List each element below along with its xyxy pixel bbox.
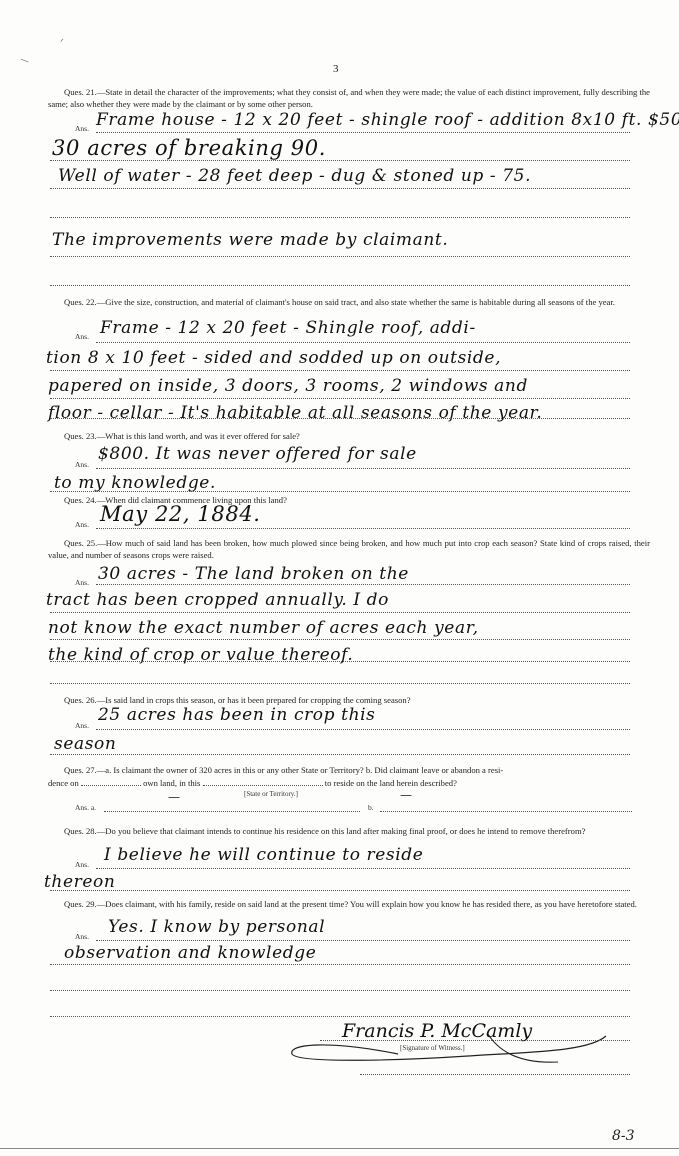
answer-rule	[50, 398, 630, 399]
state-caption: [State or Territory.]	[244, 790, 298, 798]
answer-rule	[50, 418, 630, 419]
answer-rule	[96, 342, 630, 343]
answer-a-label: Ans. a.	[75, 803, 96, 812]
signature-caption: [Signature of Witness.]	[400, 1044, 465, 1052]
question-29-text: Ques. 29.—Does claimant, with his family…	[64, 899, 637, 909]
bottom-edge	[0, 1148, 679, 1149]
answer-21-line-1: Frame house - 12 x 20 feet - shingle roo…	[96, 110, 679, 130]
answer-rule	[50, 256, 630, 257]
answer-rule	[96, 132, 630, 133]
corner-mark: ᐟ	[60, 38, 64, 48]
answer-25-line-4: the kind of crop or value thereof.	[48, 645, 353, 665]
question-25-text: Ques. 25.—How much of said land has been…	[48, 538, 650, 560]
footer-code: 8-3	[612, 1128, 635, 1144]
question-21: Ques. 21.—State in detail the character …	[48, 86, 650, 110]
blank-own-land	[81, 785, 141, 786]
answer-21-line-3: Well of water - 28 feet deep - dug & sto…	[58, 166, 531, 186]
answer-rule	[50, 639, 630, 640]
document-page: ᐟ — 3 Ques. 21.—State in detail the char…	[0, 0, 679, 1156]
answer-rule	[104, 811, 360, 812]
answer-21-line-5: The improvements were made by claimant.	[52, 230, 448, 250]
question-27-cont: dence on own land, in this to reside on …	[48, 777, 650, 789]
answer-26-line-1: 25 acres has been in crop this	[98, 705, 375, 725]
answer-rule	[96, 729, 630, 730]
answer-label: Ans.	[75, 932, 89, 941]
stray-mark: —	[19, 55, 31, 67]
question-27-text: Ques. 27.—a. Is claimant the owner of 32…	[64, 765, 503, 775]
answer-rule	[50, 661, 630, 662]
answer-28-line-2: thereon	[44, 872, 115, 892]
answer-22-line-2: tion 8 x 10 feet - sided and sodded up o…	[46, 348, 501, 368]
answer-23-line-1: $800. It was never offered for sale	[98, 444, 417, 464]
answer-rule	[50, 990, 630, 991]
answer-28-line-1: I believe he will continue to reside	[104, 845, 423, 865]
answer-24-line-1: May 22, 1884.	[100, 502, 261, 526]
answer-rule	[50, 160, 630, 161]
signature-rule-2	[360, 1074, 630, 1075]
answer-22-line-3: papered on inside, 3 doors, 3 rooms, 2 w…	[48, 376, 528, 396]
answer-rule	[50, 370, 630, 371]
answer-b-label: b.	[368, 803, 374, 812]
answer-rule	[50, 188, 630, 189]
answer-rule	[50, 754, 630, 755]
question-25: Ques. 25.—How much of said land has been…	[48, 537, 650, 561]
question-23-text: Ques. 23.—What is this land worth, and w…	[64, 431, 300, 441]
answer-rule	[96, 940, 630, 941]
answer-label: Ans.	[75, 721, 89, 730]
answer-rule	[50, 217, 630, 218]
answer-label: Ans.	[75, 860, 89, 869]
answer-rule	[50, 683, 630, 684]
answer-rule	[50, 491, 630, 492]
answer-29-line-1: Yes. I know by personal	[108, 917, 325, 937]
answer-rule	[96, 584, 630, 585]
answer-label: Ans.	[75, 460, 89, 469]
question-22-text: Ques. 22.—Give the size, construction, a…	[64, 297, 615, 307]
answer-rule	[96, 468, 630, 469]
question-23: Ques. 23.—What is this land worth, and w…	[48, 430, 650, 442]
answer-22-line-4: floor - cellar - It's habitable at all s…	[48, 403, 542, 423]
answer-27a: —	[168, 790, 181, 804]
answer-rule	[96, 868, 630, 869]
question-22: Ques. 22.—Give the size, construction, a…	[48, 296, 650, 308]
answer-22-line-1: Frame - 12 x 20 feet - Shingle roof, add…	[100, 318, 476, 338]
answer-rule	[50, 612, 630, 613]
answer-21-line-2: 30 acres of breaking 90.	[52, 136, 632, 160]
answer-27b: —	[400, 788, 413, 802]
question-28: Ques. 28.—Do you believe that claimant i…	[48, 825, 650, 837]
page-number: 3	[333, 63, 339, 75]
answer-25-line-1: 30 acres - The land broken on the	[98, 564, 409, 584]
answer-26-line-2: season	[54, 734, 116, 754]
answer-rule	[50, 1016, 630, 1017]
question-27: Ques. 27.—a. Is claimant the owner of 32…	[48, 764, 650, 776]
answer-29-line-2: observation and knowledge	[64, 943, 316, 963]
question-21-text: Ques. 21.—State in detail the character …	[48, 87, 650, 109]
question-29: Ques. 29.—Does claimant, with his family…	[48, 898, 650, 910]
signature-rule	[320, 1040, 630, 1041]
answer-rule	[380, 811, 632, 812]
answer-rule	[50, 964, 630, 965]
answer-rule	[50, 285, 630, 286]
question-26-text: Ques. 26.—Is said land in crops this sea…	[64, 695, 411, 705]
answer-rule	[50, 890, 630, 891]
answer-23-line-2: to my knowledge.	[54, 473, 216, 493]
blank-state	[203, 785, 323, 786]
answer-25-line-3: not know the exact number of acres each …	[48, 618, 479, 638]
answer-label: Ans.	[75, 124, 89, 133]
question-28-text: Ques. 28.—Do you believe that claimant i…	[64, 826, 585, 836]
answer-label: Ans.	[75, 332, 89, 341]
answer-label: Ans.	[75, 520, 89, 529]
answer-25-line-2: tract has been cropped annually. I do	[46, 590, 389, 610]
answer-label: Ans.	[75, 578, 89, 587]
answer-rule	[96, 528, 630, 529]
